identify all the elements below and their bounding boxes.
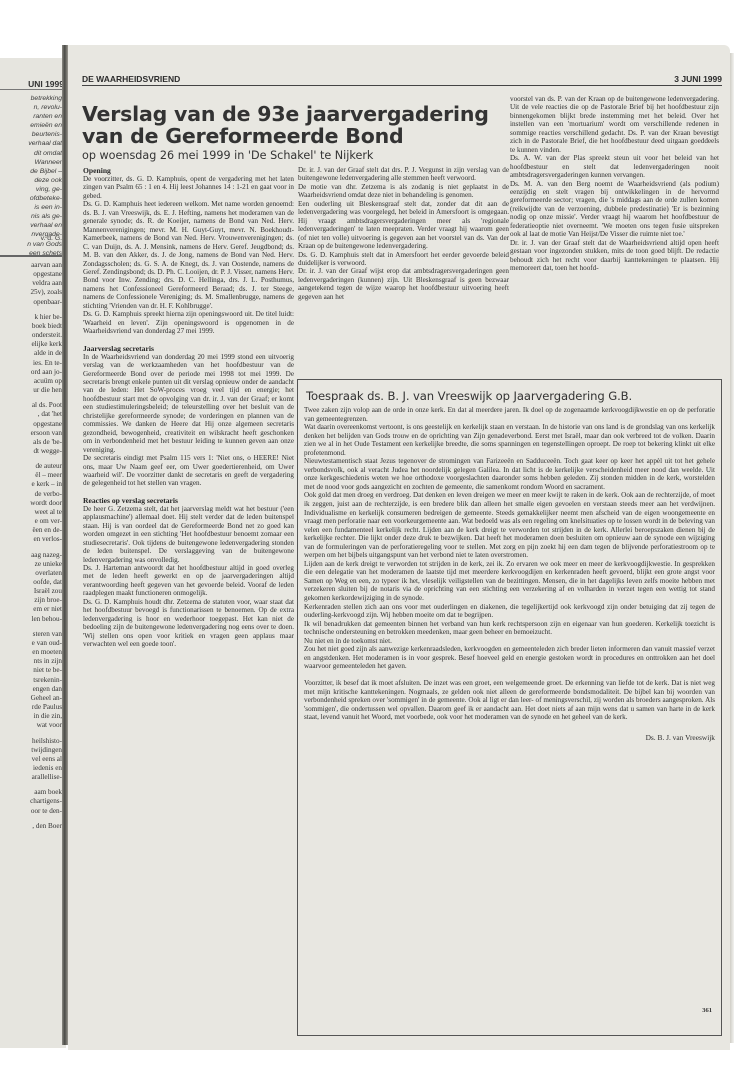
paragraph: De voorzitter, ds. G. D. Kamphuis, opent… xyxy=(83,175,294,200)
article-column-3: voorstel van ds. P. van der Kraan op de … xyxy=(510,95,719,273)
text-line: betrekking xyxy=(0,94,62,103)
text-line: , dat 'het xyxy=(0,410,62,419)
text-line: , den Boer xyxy=(0,822,62,831)
paragraph: Nieuwtestamentisch staat Jezus tegenover… xyxy=(304,457,715,491)
text-line: wordt door xyxy=(0,499,62,508)
publication-name: DE WAARHEIDSVRIEND xyxy=(82,74,180,84)
paragraph: Ds. G. D. Kamphuis heet iedereen welkom.… xyxy=(83,200,294,310)
text-line: in die zin, xyxy=(0,712,62,721)
text-line: ondersteit. xyxy=(0,331,62,340)
paragraph: voorstel van ds. P. van der Kraan op de … xyxy=(510,95,719,154)
text-line: nis als ge- xyxy=(0,212,62,221)
text-line: emieën en xyxy=(0,121,62,130)
text-line: steren van xyxy=(0,630,62,639)
text-line: de auteur xyxy=(0,462,62,471)
paragraph: Wat daarin overeenkomst vertoont, is ons… xyxy=(304,423,715,457)
text-line: iedenis en xyxy=(0,764,62,773)
article-headline: Verslag van de 93e jaarvergadering van d… xyxy=(82,103,502,147)
text-line: ersoon van xyxy=(0,429,62,438)
text-line: k hier be- xyxy=(0,313,62,322)
text-line: heilshisto- xyxy=(0,737,62,746)
paragraph: Een ouderling uit Bleskensgraaf stelt da… xyxy=(298,200,509,251)
text-line: rde Paulus xyxy=(0,703,62,712)
paragraph: De motie van dhr. Zetzema is als zodanig… xyxy=(298,183,509,200)
text-line: deze ook xyxy=(0,176,62,185)
running-header: DE WAARHEIDSVRIEND 3 JUNI 1999 xyxy=(82,72,722,86)
text-line: oor te den- xyxy=(0,807,62,816)
text-line: ving, ge- xyxy=(0,185,62,194)
text-line: ofdbeteke- xyxy=(0,194,62,203)
text-line: de verbo- xyxy=(0,490,62,499)
article-column-1: OpeningDe voorzitter, ds. G. D. Kamphuis… xyxy=(83,166,294,649)
text-line: als de 'be- xyxy=(0,438,62,447)
text-line: ies. En te- xyxy=(0,359,62,368)
paragraph: Dr. ir. J. van der Graaf stelt dat drs. … xyxy=(298,166,509,183)
text-line: verhaal dat xyxy=(0,139,62,148)
issue-date: 3 JUNI 1999 xyxy=(674,74,722,84)
section-heading: Jaarverslag secretaris xyxy=(83,344,294,353)
text-line: is een in- xyxy=(0,203,62,212)
paragraph: Ds. J. Harteman antwoordt dat het hoofdb… xyxy=(83,564,294,598)
text-line: wat voor xyxy=(0,721,62,730)
text-line: 25v), zoals xyxy=(0,288,62,297)
text-line: Israël zou xyxy=(0,587,62,596)
text-line: boek biedt xyxy=(0,322,62,331)
paragraph: Nu niet en in de toekomst niet. xyxy=(304,637,715,646)
text-line: verhaal en xyxy=(0,221,62,230)
text-line: arallellise- xyxy=(0,773,62,782)
text-line: n, revolu- xyxy=(0,103,62,112)
text-line: oofde, dat xyxy=(0,578,62,587)
paragraph: De heer G. Zetzema stelt, dat het jaarve… xyxy=(83,505,294,564)
text-line: ranten en xyxy=(0,112,62,121)
text-line: nts in zijn xyxy=(0,657,62,666)
text-line: weet al te xyxy=(0,508,62,517)
text-line: opgestane xyxy=(0,420,62,429)
section-heading: Opening xyxy=(83,166,294,175)
text-line: ëen en de- xyxy=(0,526,62,535)
paragraph: Zou het niet goed zijn als aanwezige ker… xyxy=(304,645,715,671)
text-line: beurtenis- xyxy=(0,130,62,139)
paragraph-spacer xyxy=(83,488,294,496)
paragraph: Lijden aan de kerk dreigt te verworden t… xyxy=(304,560,715,603)
left-facing-page: UNI 1999 betrekkingn, revolu-ranten enem… xyxy=(0,58,66,1048)
left-page-signature: v. d. G. xyxy=(0,235,62,242)
text-line: len behou- xyxy=(0,615,62,624)
text-line: alde in de xyxy=(0,349,62,358)
text-line: e van oud- xyxy=(0,639,62,648)
text-line: Geheel an- xyxy=(0,694,62,703)
text-line: openbaar- xyxy=(0,298,62,307)
text-line: ur die hen xyxy=(0,386,62,395)
text-line: opgestane xyxy=(0,270,62,279)
paragraph: Dr. ir. J. van der Graaf stelt dat de Wa… xyxy=(510,239,719,273)
text-line: vel eens al xyxy=(0,755,62,764)
text-line: engen dan xyxy=(0,685,62,694)
text-line: em er niet xyxy=(0,605,62,614)
newspaper-page: DE WAARHEIDSVRIEND 3 JUNI 1999 Verslag v… xyxy=(68,45,730,1050)
left-page-body-text: aarvan aanopgestaneveldra aan25v), zoals… xyxy=(0,261,62,831)
paragraph: Twee zaken zijn volop aan de orde in onz… xyxy=(304,406,715,423)
headline-line-2: van de Gereformeerde Bond xyxy=(82,124,403,148)
text-line: tsrekenin- xyxy=(0,676,62,685)
text-line: chartigens- xyxy=(0,797,62,806)
speech-signature: Ds. B. J. van Vreeswijk xyxy=(304,733,715,742)
text-line: al ds. Poot xyxy=(0,401,62,410)
headline-line-1: Verslag van de 93e jaarvergadering xyxy=(82,102,489,126)
text-line: ord aan jo- xyxy=(0,368,62,377)
page-number: 361 xyxy=(702,1007,712,1014)
paragraph-spacer xyxy=(304,671,715,679)
paragraph: De secretaris eindigt met Psalm 115 vers… xyxy=(83,454,294,488)
paragraph: Dr. ir. J. van der Graaf wijst erop dat … xyxy=(298,267,509,301)
paragraph: In de Waarheidsvriend van donderdag 20 m… xyxy=(83,353,294,454)
text-line: Wanneer xyxy=(0,158,62,167)
paragraph: Ds. A. W. van der Plas spreekt steun uit… xyxy=(510,154,719,179)
paragraph: Kerkenraden stellen zich aan ons voor me… xyxy=(304,603,715,620)
text-line: de Bijbel – xyxy=(0,167,62,176)
text-line: elijke kerk xyxy=(0,340,62,349)
paragraph: Voorzitter, ik besef dat ik moet afsluit… xyxy=(304,679,715,722)
left-page-italic-text: betrekkingn, revolu-ranten enemieën enbe… xyxy=(0,94,62,258)
text-line: aam boek xyxy=(0,788,62,797)
section-heading: Reacties op verslag secretaris xyxy=(83,496,294,505)
speech-body: Twee zaken zijn volop aan de orde in onz… xyxy=(304,406,715,722)
text-line: en moeten xyxy=(0,648,62,657)
paragraph-spacer xyxy=(83,336,294,344)
text-line: dit omdat xyxy=(0,149,62,158)
text-line: niet te be- xyxy=(0,666,62,675)
left-page-date-fragment: UNI 1999 xyxy=(0,79,64,89)
left-page-divider xyxy=(0,255,64,257)
text-line: veldra aan xyxy=(0,279,62,288)
left-page-header-rule xyxy=(0,89,64,90)
text-line: ze unieke xyxy=(0,560,62,569)
article-subheadline: op woensdag 26 mei 1999 in 'De Schakel' … xyxy=(82,149,502,162)
text-line: aag nazeg- xyxy=(0,551,62,560)
paragraph: Ook gold dat men droeg en verdroeg. Dat … xyxy=(304,491,715,559)
paragraph: Ds. M. A. van den Berg noemt de Waarheid… xyxy=(510,180,719,239)
text-line: aarvan aan xyxy=(0,261,62,270)
text-line: en verlos- xyxy=(0,535,62,544)
text-line: twijdingen xyxy=(0,746,62,755)
paragraph: Ik wil benadrukken dat gemeenten binnen … xyxy=(304,620,715,637)
text-line: e kerk – in xyxy=(0,480,62,489)
paragraph: Ds. G. D. Kamphuis houdt dhr. Zetzema de… xyxy=(83,598,294,649)
speech-sidebar-box: Toespraak ds. B. J. van Vreeswijk op Jaa… xyxy=(297,379,722,1036)
text-line: zijn broe- xyxy=(0,596,62,605)
text-line: dt wegge- xyxy=(0,447,62,456)
speech-title: Toespraak ds. B. J. van Vreeswijk op Jaa… xyxy=(306,389,715,403)
text-line: ël – meer xyxy=(0,471,62,480)
text-line: e om ver- xyxy=(0,517,62,526)
paragraph: Ds. G. D. Kamphuis spreekt hierna zijn o… xyxy=(83,310,294,335)
text-line: overlaten xyxy=(0,569,62,578)
article-column-2: Dr. ir. J. van der Graaf stelt dat drs. … xyxy=(298,166,509,301)
text-line: acuüm op xyxy=(0,377,62,386)
paragraph: Ds. G. D. Kamphuis stelt dat in Amersfoo… xyxy=(298,251,509,268)
